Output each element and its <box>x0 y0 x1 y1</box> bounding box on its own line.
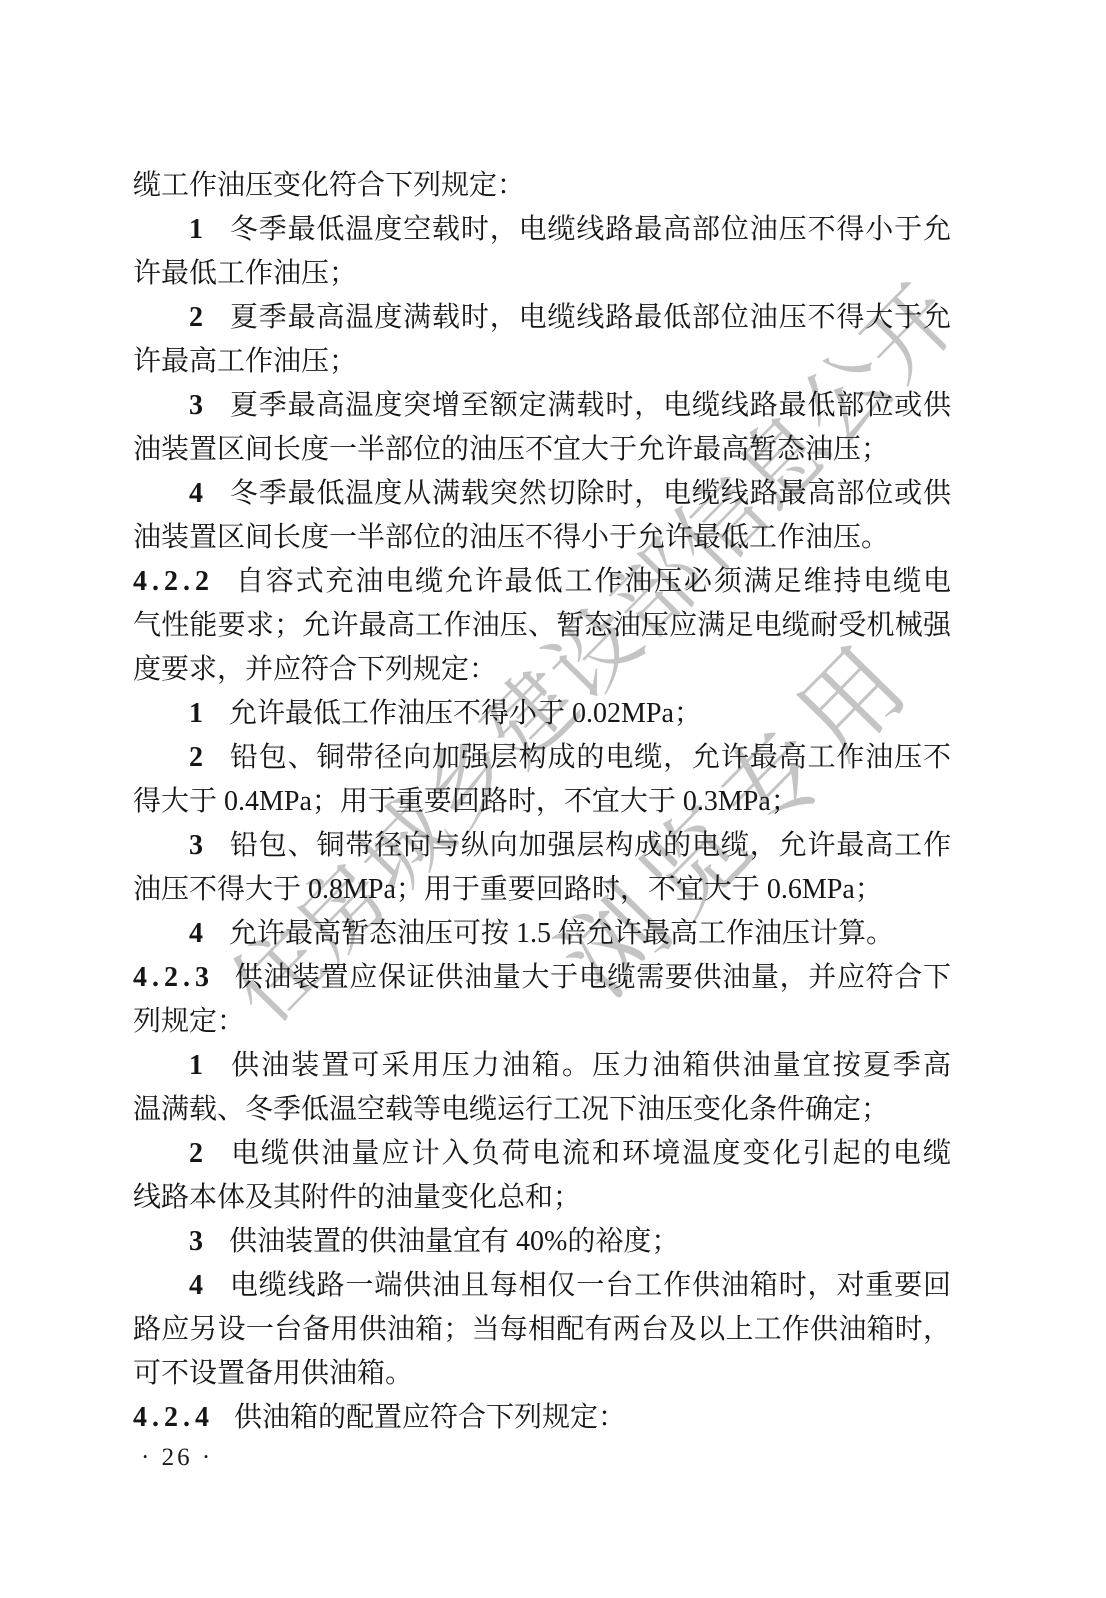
line-text: 电缆供油量应计入负荷电流和环境温度变化引起的电缆 <box>229 1138 951 1169</box>
line-text: 许最低工作油压； <box>133 258 357 289</box>
text-line: 许最低工作油压； <box>133 252 951 296</box>
text-line: 3铅包、铜带径向与纵向加强层构成的电缆，允许最高工作 <box>133 824 951 868</box>
line-text: 夏季最高温度满载时，电缆线路最低部位油压不得大于允 <box>229 302 951 333</box>
line-text: 铅包、铜带径向与纵向加强层构成的电缆，允许最高工作 <box>229 830 951 861</box>
clause-number: 4.2.4 <box>133 1402 214 1433</box>
line-text: 允许最高暂态油压可按 1.5 倍允许最高工作油压计算。 <box>229 918 894 949</box>
text-line: 1冬季最低温度空载时，电缆线路最高部位油压不得小于允 <box>133 208 951 252</box>
text-line: 2夏季最高温度满载时，电缆线路最低部位油压不得大于允 <box>133 296 951 340</box>
text-line: 4.2.2自容式充油电缆允许最低工作油压必须满足维持电缆电 <box>133 560 951 604</box>
clause-number: 1 <box>189 214 203 245</box>
line-text: 线路本体及其附件的油量变化总和； <box>133 1182 581 1213</box>
text-line: 许最高工作油压； <box>133 340 951 384</box>
clause-number: 4 <box>189 918 203 949</box>
text-line: 2铅包、铜带径向加强层构成的电缆，允许最高工作油压不 <box>133 736 951 780</box>
clause-number: 4 <box>189 1270 203 1301</box>
clause-number: 4.2.3 <box>133 962 214 993</box>
line-text: 铅包、铜带径向加强层构成的电缆，允许最高工作油压不 <box>229 742 951 773</box>
page-number: · 26 · <box>141 1442 213 1474</box>
text-line: 4.2.4供油箱的配置应符合下列规定： <box>133 1396 951 1440</box>
line-text: 油压不得大于 0.8MPa；用于重要回路时，不宜大于 0.6MPa； <box>133 874 883 905</box>
clause-number: 1 <box>189 698 203 729</box>
clause-number: 1 <box>189 1050 203 1081</box>
line-text: 允许最低工作油压不得小于 0.02MPa； <box>229 698 702 729</box>
line-text: 度要求，并应符合下列规定： <box>133 654 497 685</box>
line-text: 电缆线路一端供油且每相仅一台工作供油箱时，对重要回 <box>229 1270 951 1301</box>
document-page: 住房城乡建设部信息公开 浏览专用 缆工作油压变化符合下列规定：1冬季最低温度空载… <box>0 0 1106 1598</box>
line-text: 列规定： <box>133 1006 245 1037</box>
text-line: 可不设置备用供油箱。 <box>133 1352 951 1396</box>
line-text: 夏季最高温度突增至额定满载时，电缆线路最低部位或供 <box>229 390 951 421</box>
line-text: 气性能要求；允许最高工作油压、暂态油压应满足电缆耐受机械强 <box>133 610 951 641</box>
clause-number: 3 <box>189 830 203 861</box>
text-line: 4冬季最低温度从满载突然切除时，电缆线路最高部位或供 <box>133 472 951 516</box>
text-line: 油压不得大于 0.8MPa；用于重要回路时，不宜大于 0.6MPa； <box>133 868 951 912</box>
text-line: 3夏季最高温度突增至额定满载时，电缆线路最低部位或供 <box>133 384 951 428</box>
line-text: 油装置区间长度一半部位的油压不宜大于允许最高暂态油压； <box>133 434 889 465</box>
text-line: 油装置区间长度一半部位的油压不得小于允许最低工作油压。 <box>133 516 951 560</box>
clause-number: 2 <box>189 1138 203 1169</box>
line-text: 路应另设一台备用供油箱；当每相配有两台及以上工作供油箱时， <box>133 1314 951 1345</box>
text-line: 线路本体及其附件的油量变化总和； <box>133 1176 951 1220</box>
line-text: 供油装置应保证供油量大于电缆需要供油量，并应符合下 <box>234 962 951 993</box>
text-line: 4允许最高暂态油压可按 1.5 倍允许最高工作油压计算。 <box>133 912 951 956</box>
text-line: 列规定： <box>133 1000 951 1044</box>
line-text: 油装置区间长度一半部位的油压不得小于允许最低工作油压。 <box>133 522 889 553</box>
line-text: 缆工作油压变化符合下列规定： <box>133 170 525 201</box>
text-line: 缆工作油压变化符合下列规定： <box>133 164 951 208</box>
text-line: 气性能要求；允许最高工作油压、暂态油压应满足电缆耐受机械强 <box>133 604 951 648</box>
clause-number: 2 <box>189 742 203 773</box>
text-line: 得大于 0.4MPa；用于重要回路时，不宜大于 0.3MPa； <box>133 780 951 824</box>
line-text: 供油装置的供油量宜有 40%的裕度； <box>229 1226 679 1257</box>
line-text: 供油箱的配置应符合下列规定： <box>234 1402 626 1433</box>
line-text: 可不设置备用供油箱。 <box>133 1358 413 1389</box>
line-text: 冬季最低温度空载时，电缆线路最高部位油压不得小于允 <box>229 214 951 245</box>
clause-number: 4.2.2 <box>133 566 214 597</box>
clause-number: 3 <box>189 390 203 421</box>
text-line: 1供油装置可采用压力油箱。压力油箱供油量宜按夏季高 <box>133 1044 951 1088</box>
text-line: 4电缆线路一端供油且每相仅一台工作供油箱时，对重要回 <box>133 1264 951 1308</box>
line-text: 自容式充油电缆允许最低工作油压必须满足维持电缆电 <box>234 566 951 597</box>
line-text: 供油装置可采用压力油箱。压力油箱供油量宜按夏季高 <box>229 1050 951 1081</box>
text-line: 度要求，并应符合下列规定： <box>133 648 951 692</box>
clause-number: 3 <box>189 1226 203 1257</box>
text-line: 路应另设一台备用供油箱；当每相配有两台及以上工作供油箱时， <box>133 1308 951 1352</box>
text-line: 油装置区间长度一半部位的油压不宜大于允许最高暂态油压； <box>133 428 951 472</box>
text-line: 2电缆供油量应计入负荷电流和环境温度变化引起的电缆 <box>133 1132 951 1176</box>
text-line: 1允许最低工作油压不得小于 0.02MPa； <box>133 692 951 736</box>
line-text: 许最高工作油压； <box>133 346 357 377</box>
line-text: 温满载、冬季低温空载等电缆运行工况下油压变化条件确定； <box>133 1094 889 1125</box>
document-body: 缆工作油压变化符合下列规定：1冬季最低温度空载时，电缆线路最高部位油压不得小于允… <box>133 164 951 1440</box>
clause-number: 4 <box>189 478 203 509</box>
text-line: 4.2.3供油装置应保证供油量大于电缆需要供油量，并应符合下 <box>133 956 951 1000</box>
clause-number: 2 <box>189 302 203 333</box>
text-line: 3供油装置的供油量宜有 40%的裕度； <box>133 1220 951 1264</box>
text-line: 温满载、冬季低温空载等电缆运行工况下油压变化条件确定； <box>133 1088 951 1132</box>
line-text: 得大于 0.4MPa；用于重要回路时，不宜大于 0.3MPa； <box>133 786 799 817</box>
line-text: 冬季最低温度从满载突然切除时，电缆线路最高部位或供 <box>229 478 951 509</box>
